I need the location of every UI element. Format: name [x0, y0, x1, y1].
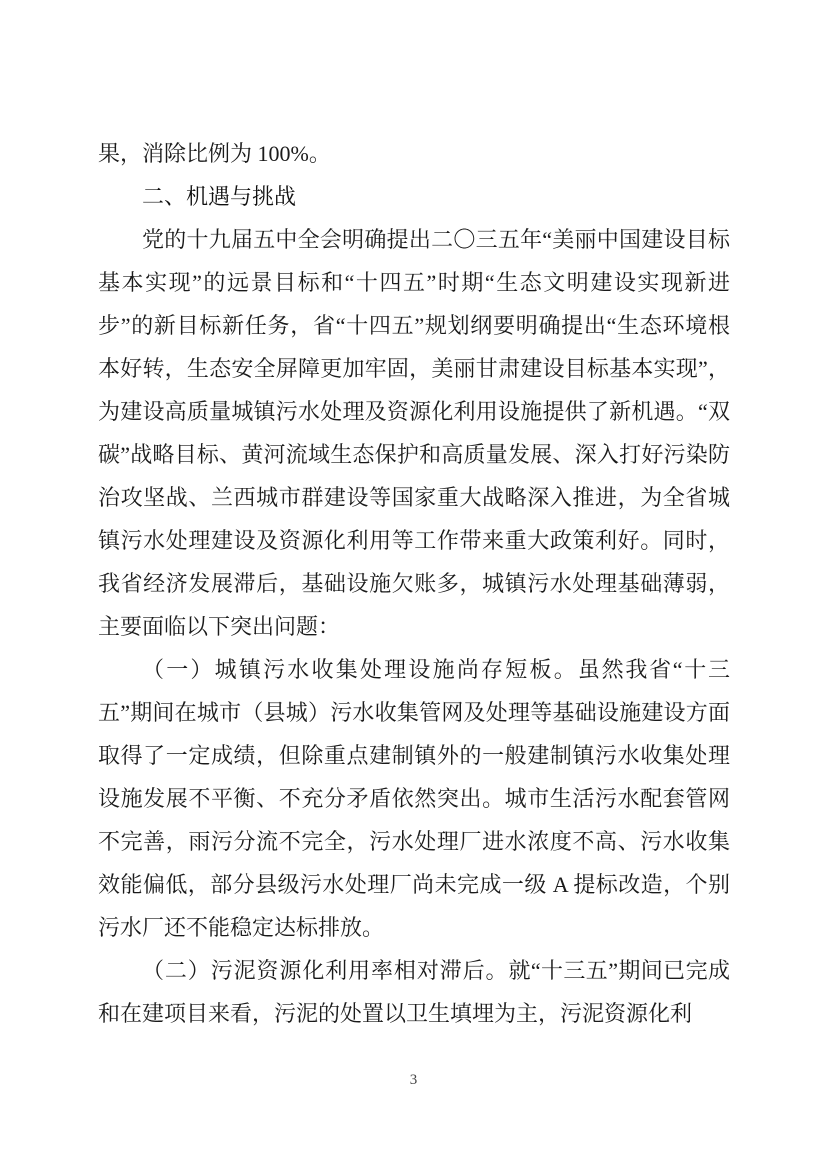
- paragraph-lead: （一）城镇污水收集处理设施尚存短板。: [142, 657, 578, 682]
- section-heading: 二、机遇与挑战: [98, 175, 730, 218]
- page-number: 3: [0, 1070, 827, 1090]
- paragraph-lead: （二）污泥资源化利用率相对滞后。: [142, 958, 508, 983]
- paragraph-text: 虽然我省“十三五”期间在城市（县城）污水收集管网及处理等基础设施建设方面取得了一…: [98, 657, 730, 940]
- paragraph-problem-1: （一）城镇污水收集处理设施尚存短板。虽然我省“十三五”期间在城市（县城）污水收集…: [98, 648, 730, 949]
- document-page: 果，消除比例为 100%。 二、机遇与挑战 党的十九届五中全会明确提出二〇三五年…: [0, 0, 827, 1169]
- paragraph-opportunities: 党的十九届五中全会明确提出二〇三五年“美丽中国建设目标基本实现”的远景目标和“十…: [98, 218, 730, 648]
- paragraph-continuation: 果，消除比例为 100%。: [98, 132, 730, 175]
- text-column: 果，消除比例为 100%。 二、机遇与挑战 党的十九届五中全会明确提出二〇三五年…: [98, 132, 730, 1035]
- paragraph-text: 党的十九届五中全会明确提出二〇三五年“美丽中国建设目标基本实现”的远景目标和“十…: [98, 227, 730, 639]
- paragraph-problem-2: （二）污泥资源化利用率相对滞后。就“十三五”期间已完成和在建项目来看，污泥的处置…: [98, 949, 730, 1035]
